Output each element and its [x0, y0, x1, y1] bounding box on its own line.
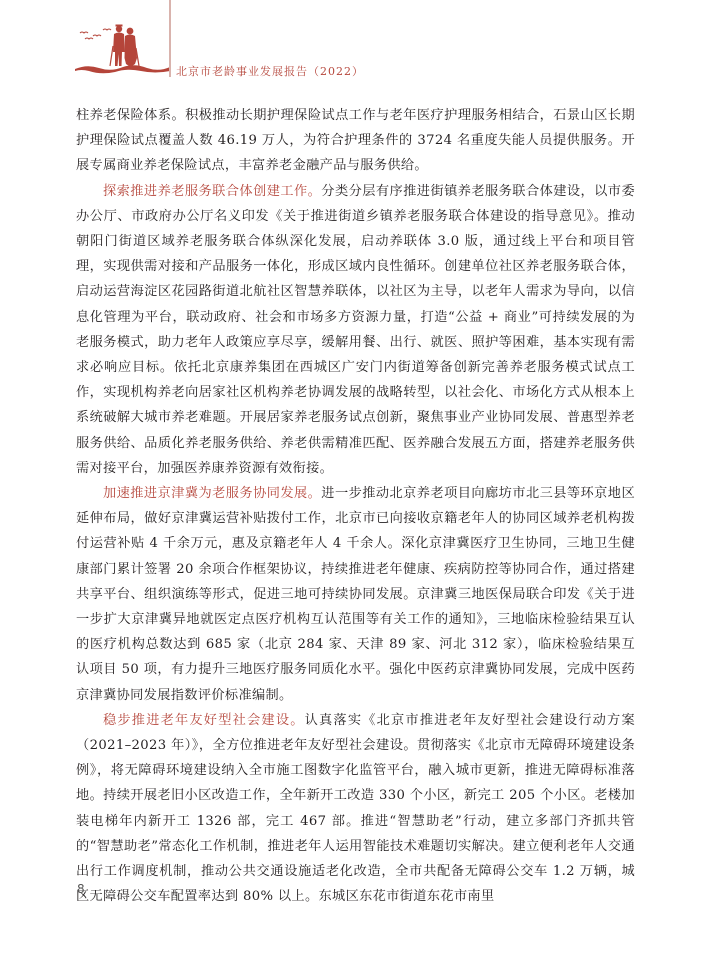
paragraph-body: 分类分层有序推进街镇养老服务联合体建设，以市委办公厅、市政府办公厅名义印发《关于… [76, 184, 635, 476]
page-header: 北京市老龄事业发展报告（2022） [0, 0, 710, 90]
page-number: 8 [77, 882, 85, 896]
paragraph-body: 进一步推动北京养老项目向廊坊市北三县等环京地区延伸布局，做好京津冀运营补贴拨付工… [76, 486, 635, 703]
paragraph-lead-heading: 探索推进养老服务联合体创建工作。 [103, 184, 321, 199]
paragraph-elderly-service-consortium: 探索推进养老服务联合体创建工作。分类分层有序推进街镇养老服务联合体建设，以市委办… [76, 179, 635, 481]
paragraph-age-friendly-society: 稳步推进老年友好型社会建设。认真落实《北京市推进老年友好型社会建设行动方案（20… [76, 708, 635, 910]
paragraph-body: 认真落实《北京市推进老年友好型社会建设行动方案（2021–2023 年）》，全方… [76, 713, 635, 904]
paragraph-body: 柱养老保险体系。积极推动长期护理保险试点工作与老年医疗护理服务相结合，石景山区长… [76, 108, 635, 173]
paragraph-lead-heading: 稳步推进老年友好型社会建设。 [103, 713, 305, 728]
body-content: 柱养老保险体系。积极推动长期护理保险试点工作与老年医疗护理服务相结合，石景山区长… [76, 103, 635, 910]
paragraph-jingjinji-coordination: 加速推进京津冀为老服务协同发展。进一步推动北京养老项目向廊坊市北三县等环京地区延… [76, 481, 635, 708]
paragraph-lead-heading: 加速推进京津冀为老服务协同发展。 [103, 486, 321, 501]
paragraph-continued: 柱养老保险体系。积极推动长期护理保险试点工作与老年医疗护理服务相结合，石景山区长… [76, 103, 635, 179]
elderly-couple-walking-logo-icon [75, 20, 170, 76]
header-divider [169, 0, 171, 77]
report-title: 北京市老龄事业发展报告（2022） [176, 63, 364, 79]
